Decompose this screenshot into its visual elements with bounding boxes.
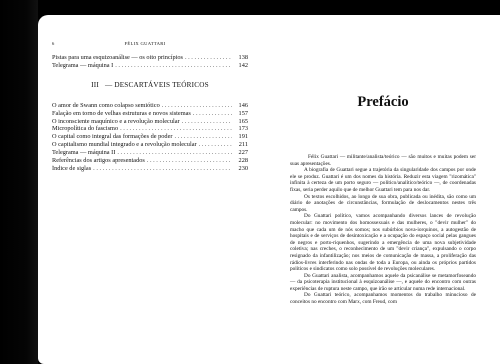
section-title: DESCARTÁVEIS TEÓRICOS [114, 81, 209, 89]
toc-entry[interactable]: Telegrama — máquina I 142 [52, 62, 248, 70]
leader-dots [174, 133, 232, 141]
leader-dots [115, 62, 232, 70]
toc-entry[interactable]: Pistas para uma esquizoanálise — os oito… [52, 54, 248, 62]
toc-entry[interactable]: O capitalismo mundial integrado e a revo… [52, 141, 248, 149]
toc-title: Telegrama — máquina II [52, 149, 115, 157]
toc-page: 173 [234, 125, 248, 133]
toc-entry[interactable]: Índice de siglas 230 [52, 165, 248, 173]
toc-page: 146 [234, 102, 248, 110]
page-number: 6 [52, 40, 62, 46]
running-title: FÉLIX GUATTARI [62, 40, 248, 46]
toc-page: 227 [234, 149, 248, 157]
toc-entry[interactable]: Falação em torno de velhas estruturas e … [52, 110, 248, 118]
toc-entry[interactable]: Referências dos artigos apresentados 228 [52, 157, 248, 165]
leader-dots [162, 102, 232, 110]
right-page-preface: Prefácio Félix Guattari — militante/anal… [290, 94, 476, 306]
paragraph: Félix Guattari — militante/analista/teór… [290, 154, 476, 167]
scan-border [0, 0, 38, 364]
paragraph: Do Guattari teórico, acompanhamos moment… [290, 292, 476, 305]
section-heading: III — DESCARTÁVEIS TEÓRICOS [52, 82, 248, 90]
toc-title: Micropolítica do fascismo [52, 125, 118, 133]
left-page-contents: 6 FÉLIX GUATTARI Pistas para uma esquizo… [52, 40, 248, 173]
toc-title: Referências dos artigos apresentados [52, 157, 145, 165]
toc-title: Índice de siglas [52, 165, 91, 173]
toc-entry[interactable]: Telegrama — máquina II 227 [52, 149, 248, 157]
toc-title: Falação em torno de velhas estruturas e … [52, 110, 191, 118]
toc-title: O capitalismo mundial integrado e a revo… [52, 141, 197, 149]
toc-page: 191 [234, 133, 248, 141]
toc-page: 142 [234, 62, 248, 70]
toc-title: O inconsciente maquínico e a revolução m… [52, 118, 180, 126]
preface-title: Prefácio [290, 94, 476, 112]
leader-dots [117, 149, 232, 157]
paragraph: Os textos escolhidos, ao longo de sua ob… [290, 194, 476, 214]
toc-page: 228 [234, 157, 248, 165]
toc-page: 230 [234, 165, 248, 173]
leader-dots [199, 141, 232, 149]
toc-page: 165 [234, 118, 248, 126]
leader-dots [193, 110, 232, 118]
toc-entry[interactable]: O capital como integral das formações de… [52, 133, 248, 141]
leader-dots [120, 125, 232, 133]
section-dash: — [105, 81, 112, 89]
toc-page: 138 [234, 54, 248, 62]
toc-title: O amor de Swann como colapso semiótico [52, 102, 160, 110]
running-header: 6 FÉLIX GUATTARI [52, 40, 248, 46]
preface-body: Félix Guattari — militante/analista/teór… [290, 154, 476, 306]
leader-dots [147, 157, 232, 165]
leader-dots [185, 54, 232, 62]
leader-dots [93, 165, 232, 173]
toc-title: O capital como integral das formações de… [52, 133, 172, 141]
section-number: III [91, 81, 99, 89]
paragraph: Do Guattari político, vamos acompanhando… [290, 213, 476, 272]
paragraph: A biografia de Guattari segue a trajetór… [290, 167, 476, 193]
toc-title: Telegrama — máquina I [52, 62, 113, 70]
toc-page: 157 [234, 110, 248, 118]
toc-entry[interactable]: O inconsciente maquínico e a revolução m… [52, 118, 248, 126]
toc-entry[interactable]: Micropolítica do fascismo 173 [52, 125, 248, 133]
toc-page: 211 [234, 141, 248, 149]
paragraph: Do Guattari analista, acompanhamos aquel… [290, 273, 476, 293]
toc-title: Pistas para uma esquizoanálise — os oito… [52, 54, 183, 62]
toc-entry[interactable]: O amor de Swann como colapso semiótico 1… [52, 102, 248, 110]
leader-dots [182, 118, 232, 126]
